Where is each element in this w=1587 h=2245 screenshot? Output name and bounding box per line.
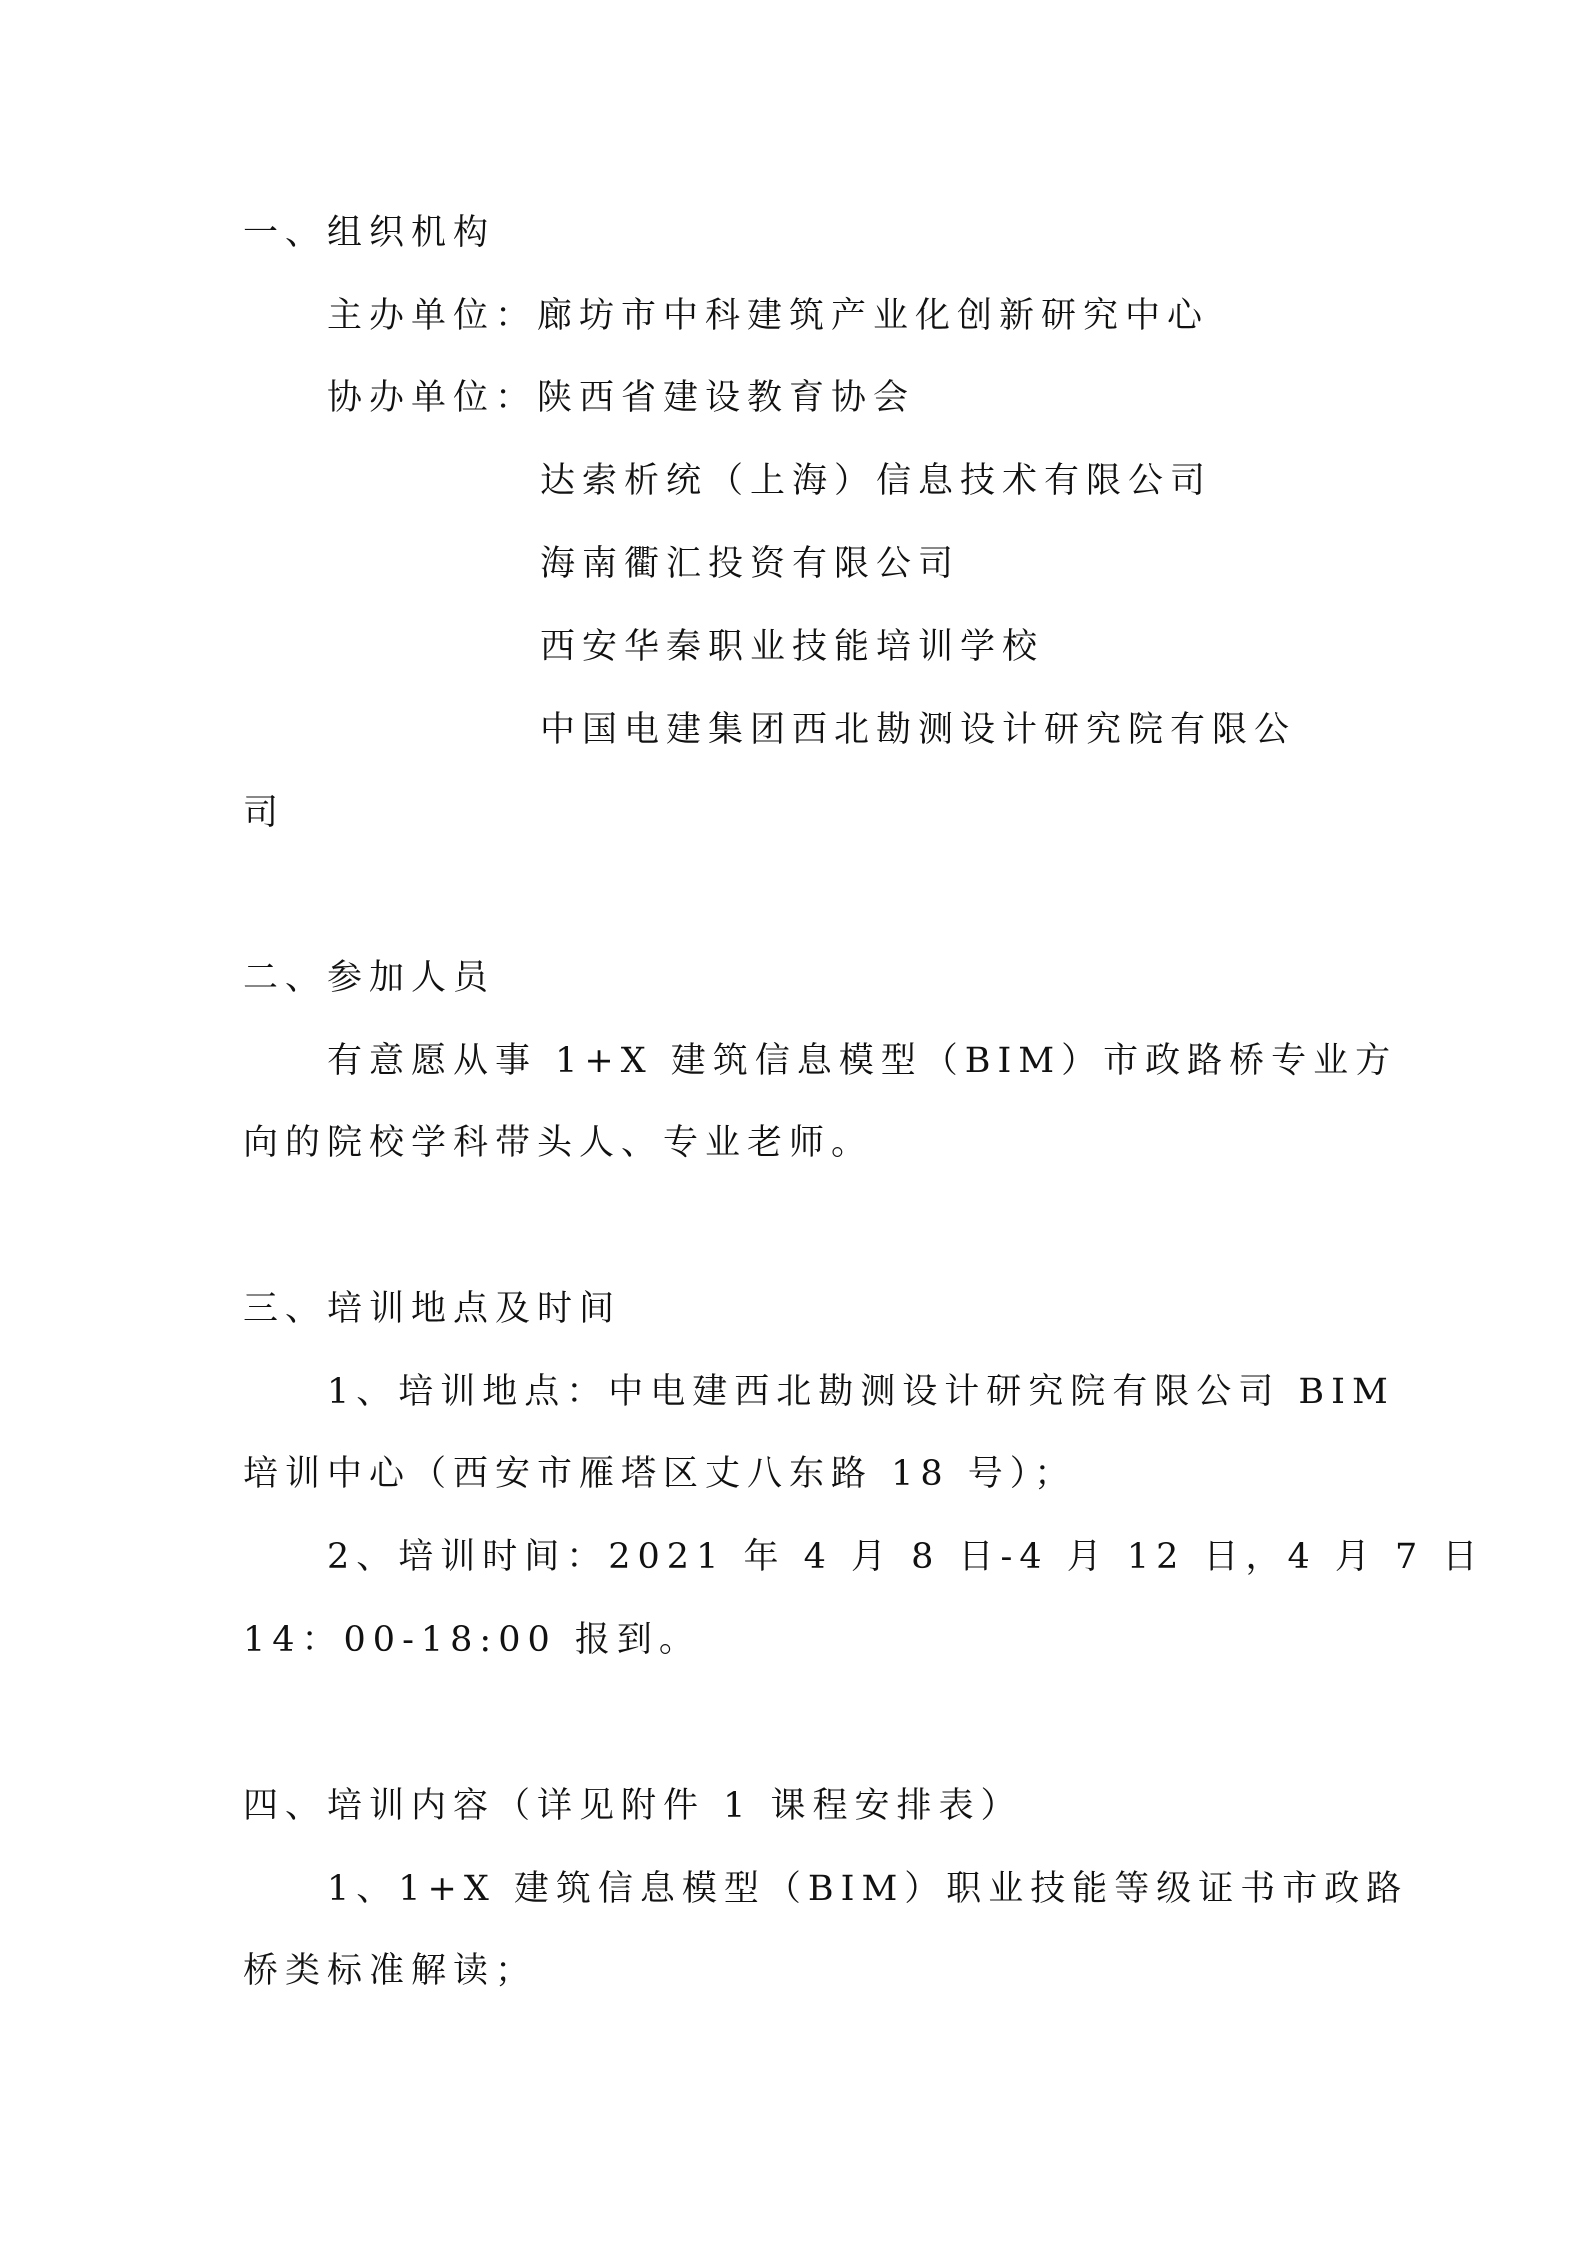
co-organizer-name: 西安华秦职业技能培训学校 (540, 617, 1587, 677)
paragraph-line: 1、1+X 建筑信息模型（BIM）职业技能等级证书市政路 (327, 1859, 1437, 1919)
paragraph-line: 桥类标准解读； (243, 1941, 1353, 2001)
co-organizer-name: 达索析统（上海）信息技术有限公司 (540, 451, 1587, 511)
co-organizer-name-wrap: 司 (243, 783, 1353, 843)
organizer-label: 主办单位： (327, 296, 537, 336)
organizer-line: 主办单位：廊坊市中科建筑产业化创新研究中心 (327, 286, 1437, 346)
section-heading-participants: 二、参加人员 (243, 948, 1353, 1008)
co-organizer-name: 中国电建集团西北勘测设计研究院有限公 (540, 700, 1587, 760)
section-heading-location-time: 三、培训地点及时间 (243, 1279, 1353, 1339)
co-organizer-label: 协办单位： (327, 378, 537, 418)
co-organizer-line: 协办单位：陕西省建设教育协会 (327, 368, 1437, 428)
paragraph-line: 向的院校学科带头人、专业老师。 (243, 1113, 1353, 1173)
paragraph-line: 培训中心（西安市雁塔区丈八东路 18 号）； (243, 1444, 1353, 1504)
organizer-name: 廊坊市中科建筑产业化创新研究中心 (537, 296, 1209, 336)
paragraph-line: 有意愿从事 1+X 建筑信息模型（BIM）市政路桥专业方 (327, 1031, 1437, 1091)
section-heading-organization: 一、组织机构 (243, 203, 1353, 263)
paragraph-line: 1、培训地点：中电建西北勘测设计研究院有限公司 BIM (327, 1362, 1437, 1422)
section-heading-training-content: 四、培训内容（详见附件 1 课程安排表） (243, 1776, 1353, 1836)
paragraph-line: 2、培训时间：2021 年 4 月 8 日-4 月 12 日，4 月 7 日 (327, 1527, 1437, 1587)
co-organizer-name: 海南衢汇投资有限公司 (540, 534, 1587, 594)
document-page: 一、组织机构 主办单位：廊坊市中科建筑产业化创新研究中心 协办单位：陕西省建设教… (0, 0, 1587, 2245)
paragraph-line: 14：00-18:00 报到。 (243, 1610, 1353, 1670)
co-organizer-name: 陕西省建设教育协会 (537, 378, 915, 418)
